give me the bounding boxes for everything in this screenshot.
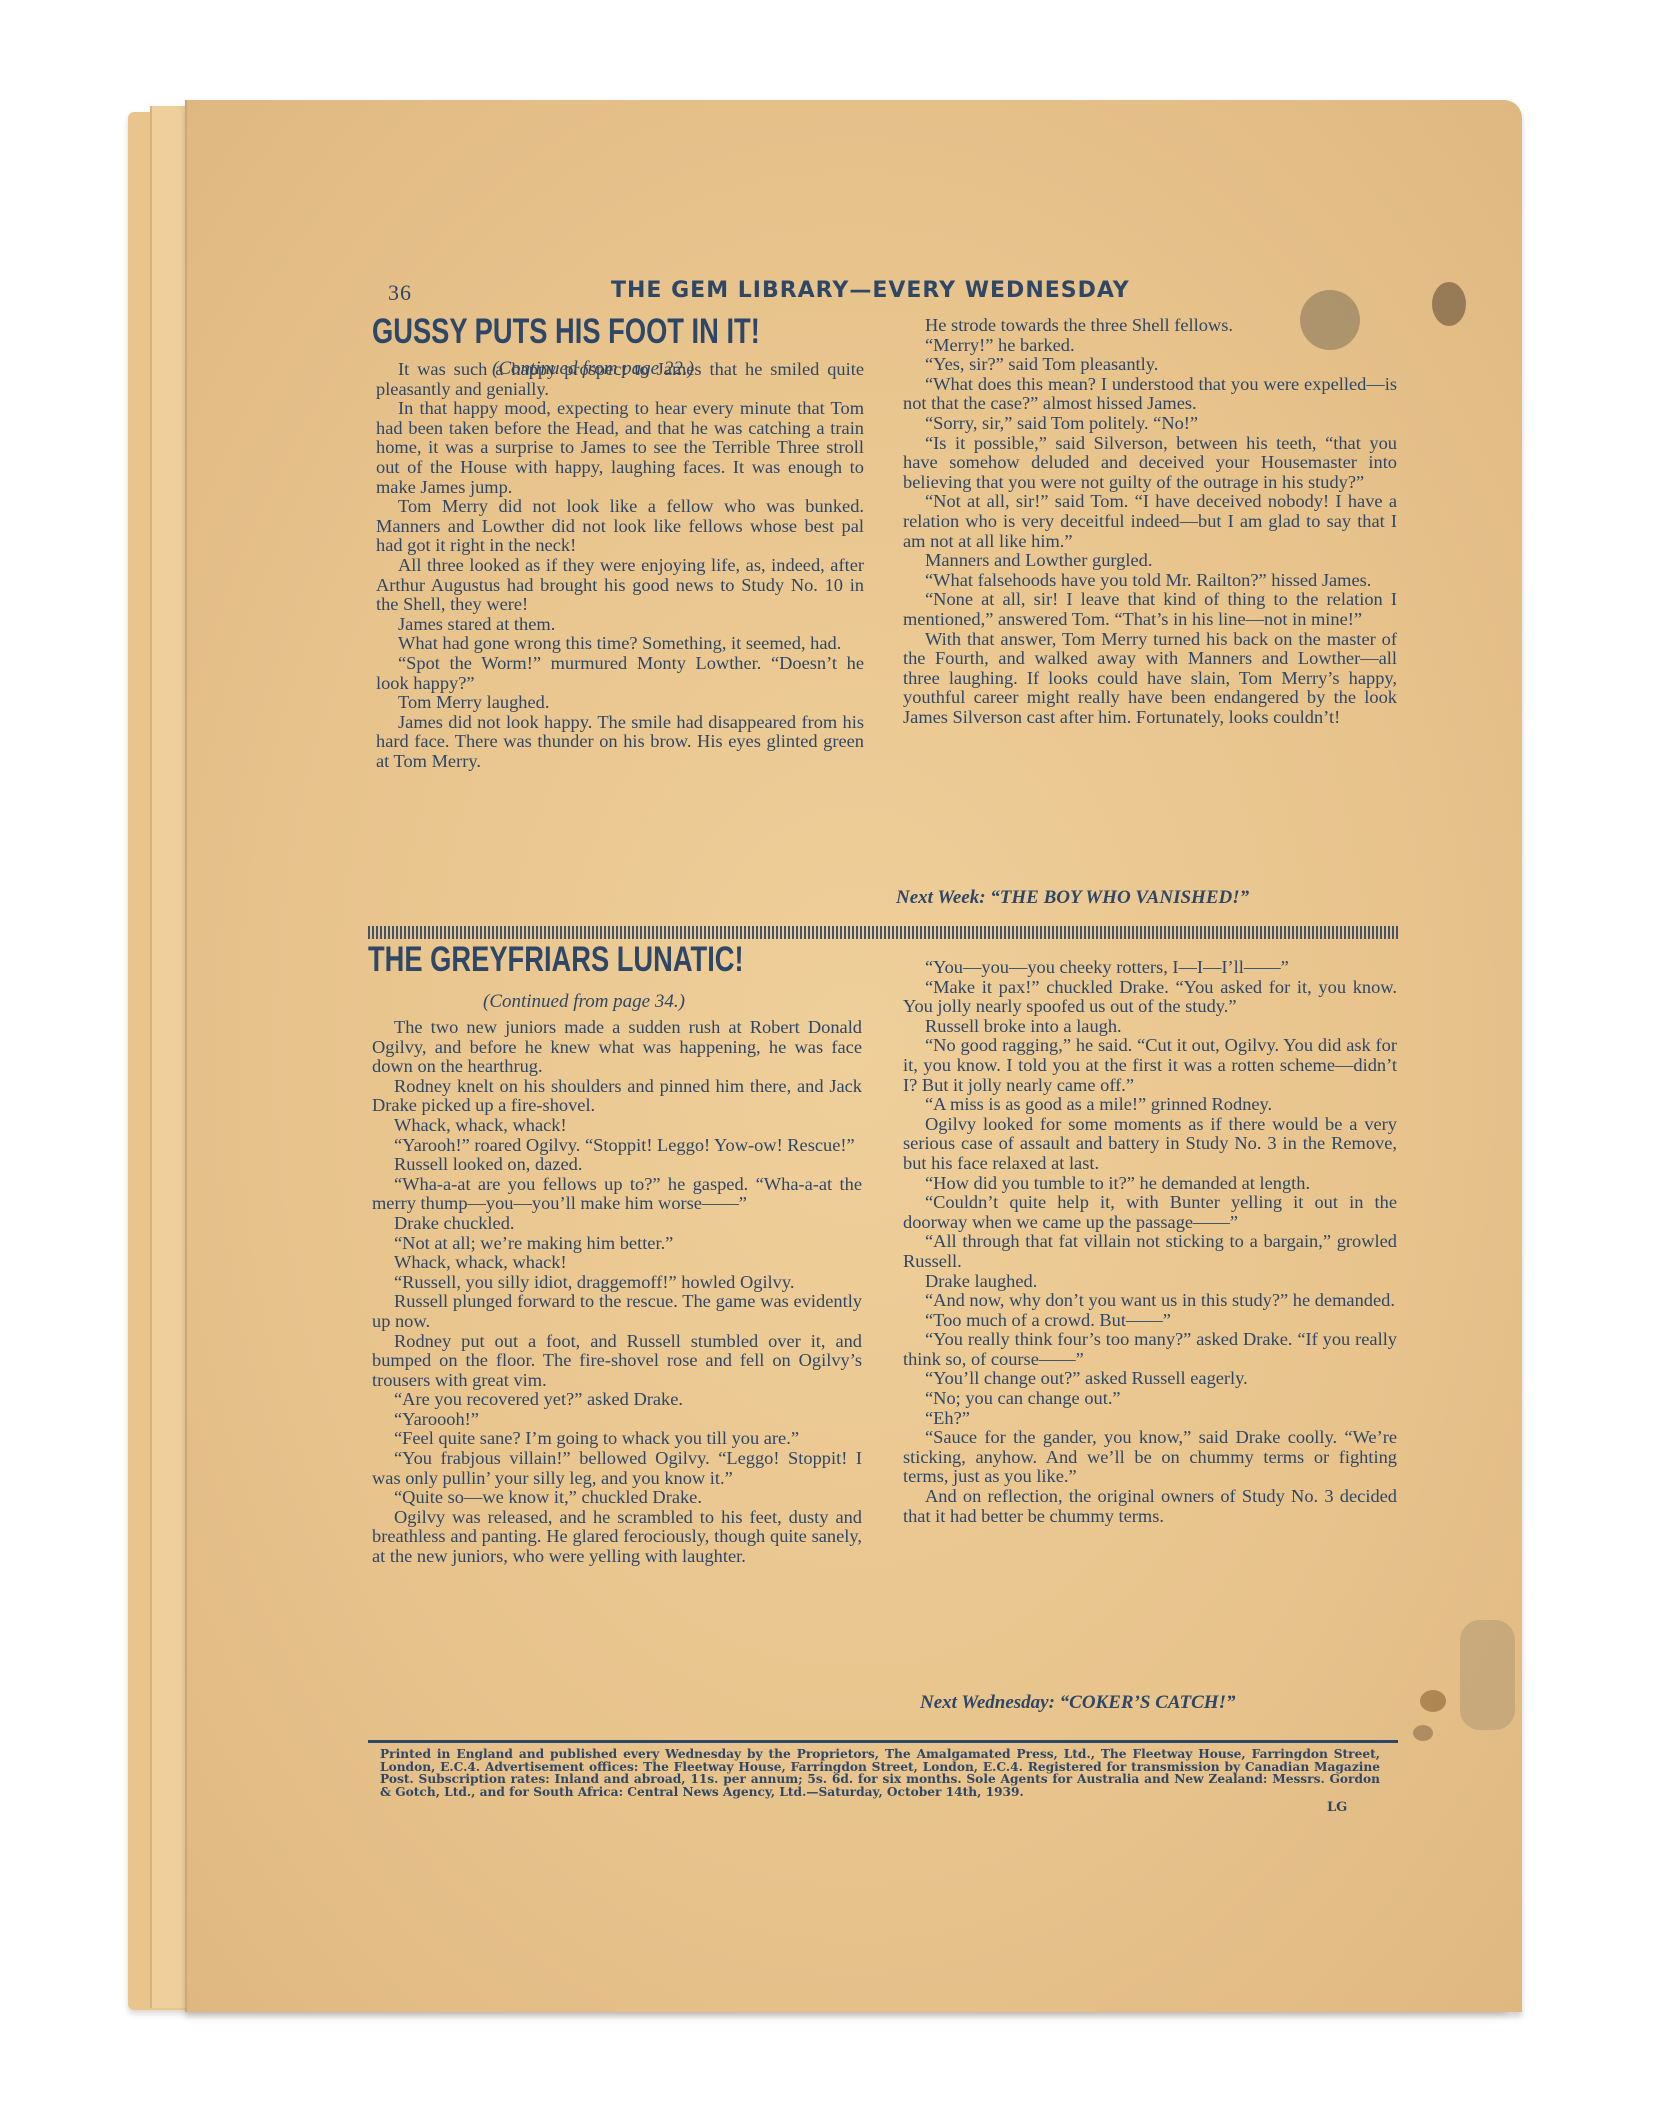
paragraph: With that answer, Tom Merry turned his b… [903, 630, 1397, 728]
paragraph: He strode towards the three Shell fellow… [903, 316, 1397, 336]
paragraph: “Quite so—we know it,” chuckled Drake. [372, 1488, 862, 1508]
paragraph: It was such a happy prospect to James th… [376, 360, 864, 399]
paragraph: All three looked as if they were enjoyin… [376, 556, 864, 615]
paragraph: “Russell, you silly idiot, draggemoff!” … [372, 1273, 862, 1293]
paragraph: What had gone wrong this time? Something… [376, 634, 864, 654]
paragraph: “What does this mean? I understood that … [903, 375, 1397, 414]
paragraph: Ogilvy looked for some moments as if the… [903, 1115, 1397, 1174]
paragraph: James stared at them. [376, 615, 864, 635]
paragraph: Manners and Lowther gurgled. [903, 551, 1397, 571]
paragraph: “Yarooh!” roared Ogilvy. “Stoppit! Leggo… [372, 1136, 862, 1156]
paragraph: And on reflection, the original owners o… [903, 1487, 1397, 1526]
imprint-text: Printed in England and published every W… [380, 1748, 1380, 1798]
paragraph: Rodney put out a foot, and Russell stumb… [372, 1332, 862, 1391]
story-title-greyfriars: THE GREYFRIARS LUNATIC! [368, 940, 744, 980]
paragraph: “Feel quite sane? I’m going to whack you… [372, 1429, 862, 1449]
paragraph: In that happy mood, expecting to hear ev… [376, 399, 864, 497]
paragraph: “All through that fat villain not sticki… [903, 1232, 1397, 1271]
paragraph: “Yaroooh!” [372, 1410, 862, 1430]
paragraph: “You’ll change out?” asked Russell eager… [903, 1369, 1397, 1389]
paragraph: The two new juniors made a sudden rush a… [372, 1018, 862, 1077]
rust-spot [1413, 1725, 1433, 1741]
water-stain [1460, 1620, 1515, 1730]
paragraph: “You frabjous villain!” bellowed Ogilvy.… [372, 1449, 862, 1488]
paragraph: “Sauce for the gander, you know,” said D… [903, 1428, 1397, 1487]
paragraph: “What falsehoods have you told Mr. Railt… [903, 571, 1397, 591]
continued-note: (Continued from page 34.) [483, 991, 685, 1013]
paragraph: “Too much of a crowd. But——” [903, 1311, 1397, 1331]
ink-stain [1432, 282, 1466, 326]
paragraph: “Couldn’t quite help it, with Bunter yel… [903, 1193, 1397, 1232]
paragraph: Whack, whack, whack! [372, 1253, 862, 1273]
paragraph: “Make it pax!” chuckled Drake. “You aske… [903, 978, 1397, 1017]
story2-left-column: The two new juniors made a sudden rush a… [372, 1018, 862, 1567]
footer-rule [368, 1740, 1398, 1743]
paragraph: Rodney knelt on his shoulders and pinned… [372, 1077, 862, 1116]
publication-title: THE GEM LIBRARY—EVERY WEDNESDAY [611, 278, 1130, 303]
paragraph: James did not look happy. The smile had … [376, 713, 864, 772]
story-title-gussy: GUSSY PUTS HIS FOOT IN IT! [372, 312, 760, 352]
next-wednesday-teaser: Next Wednesday: “COKER’S CATCH!” [920, 1692, 1235, 1714]
printer-code: LG [1327, 1800, 1347, 1815]
story1-left-column: It was such a happy prospect to James th… [376, 360, 864, 771]
paragraph: Tom Merry did not look like a fellow who… [376, 497, 864, 556]
paragraph: “Are you recovered yet?” asked Drake. [372, 1390, 862, 1410]
paragraph: “Spot the Worm!” murmured Monty Lowther.… [376, 654, 864, 693]
paragraph: Ogilvy was released, and he scrambled to… [372, 1508, 862, 1567]
paragraph: “Is it possible,” said Silverson, betwee… [903, 434, 1397, 493]
paragraph: “Sorry, sir,” said Tom politely. “No!” [903, 414, 1397, 434]
paragraph: Drake laughed. [903, 1272, 1397, 1292]
paragraph: “And now, why don’t you want us in this … [903, 1291, 1397, 1311]
paragraph: Russell looked on, dazed. [372, 1155, 862, 1175]
page-number: 36 [388, 280, 412, 306]
paragraph: “Yes, sir?” said Tom pleasantly. [903, 355, 1397, 375]
paragraph: “You really think four’s too many?” aske… [903, 1330, 1397, 1369]
story1-right-column: He strode towards the three Shell fellow… [903, 316, 1397, 727]
paragraph: “No good ragging,” he said. “Cut it out,… [903, 1036, 1397, 1095]
paragraph: Drake chuckled. [372, 1214, 862, 1234]
paragraph: “A miss is as good as a mile!” grinned R… [903, 1095, 1397, 1115]
paragraph: “Not at all; we’re making him better.” [372, 1234, 862, 1254]
rust-spot [1420, 1690, 1446, 1712]
section-divider [368, 926, 1398, 939]
paragraph: “Merry!” he barked. [903, 336, 1397, 356]
paragraph: “How did you tumble to it?” he demanded … [903, 1174, 1397, 1194]
story2-right-column: “You—you—you cheeky rotters, I—I—I’ll——”… [903, 958, 1397, 1526]
paragraph: “You—you—you cheeky rotters, I—I—I’ll——” [903, 958, 1397, 978]
paragraph: Russell plunged forward to the rescue. T… [372, 1292, 862, 1331]
paragraph: “Wha-a-at are you fellows up to?” he gas… [372, 1175, 862, 1214]
paragraph: Whack, whack, whack! [372, 1116, 862, 1136]
paragraph: Tom Merry laughed. [376, 693, 864, 713]
next-week-teaser: Next Week: “THE BOY WHO VANISHED!” [896, 887, 1249, 909]
paragraph: Russell broke into a laugh. [903, 1017, 1397, 1037]
paragraph: “None at all, sir! I leave that kind of … [903, 590, 1397, 629]
paragraph: “No; you can change out.” [903, 1389, 1397, 1409]
paragraph: “Not at all, sir!” said Tom. “I have dec… [903, 492, 1397, 551]
paragraph: “Eh?” [903, 1409, 1397, 1429]
